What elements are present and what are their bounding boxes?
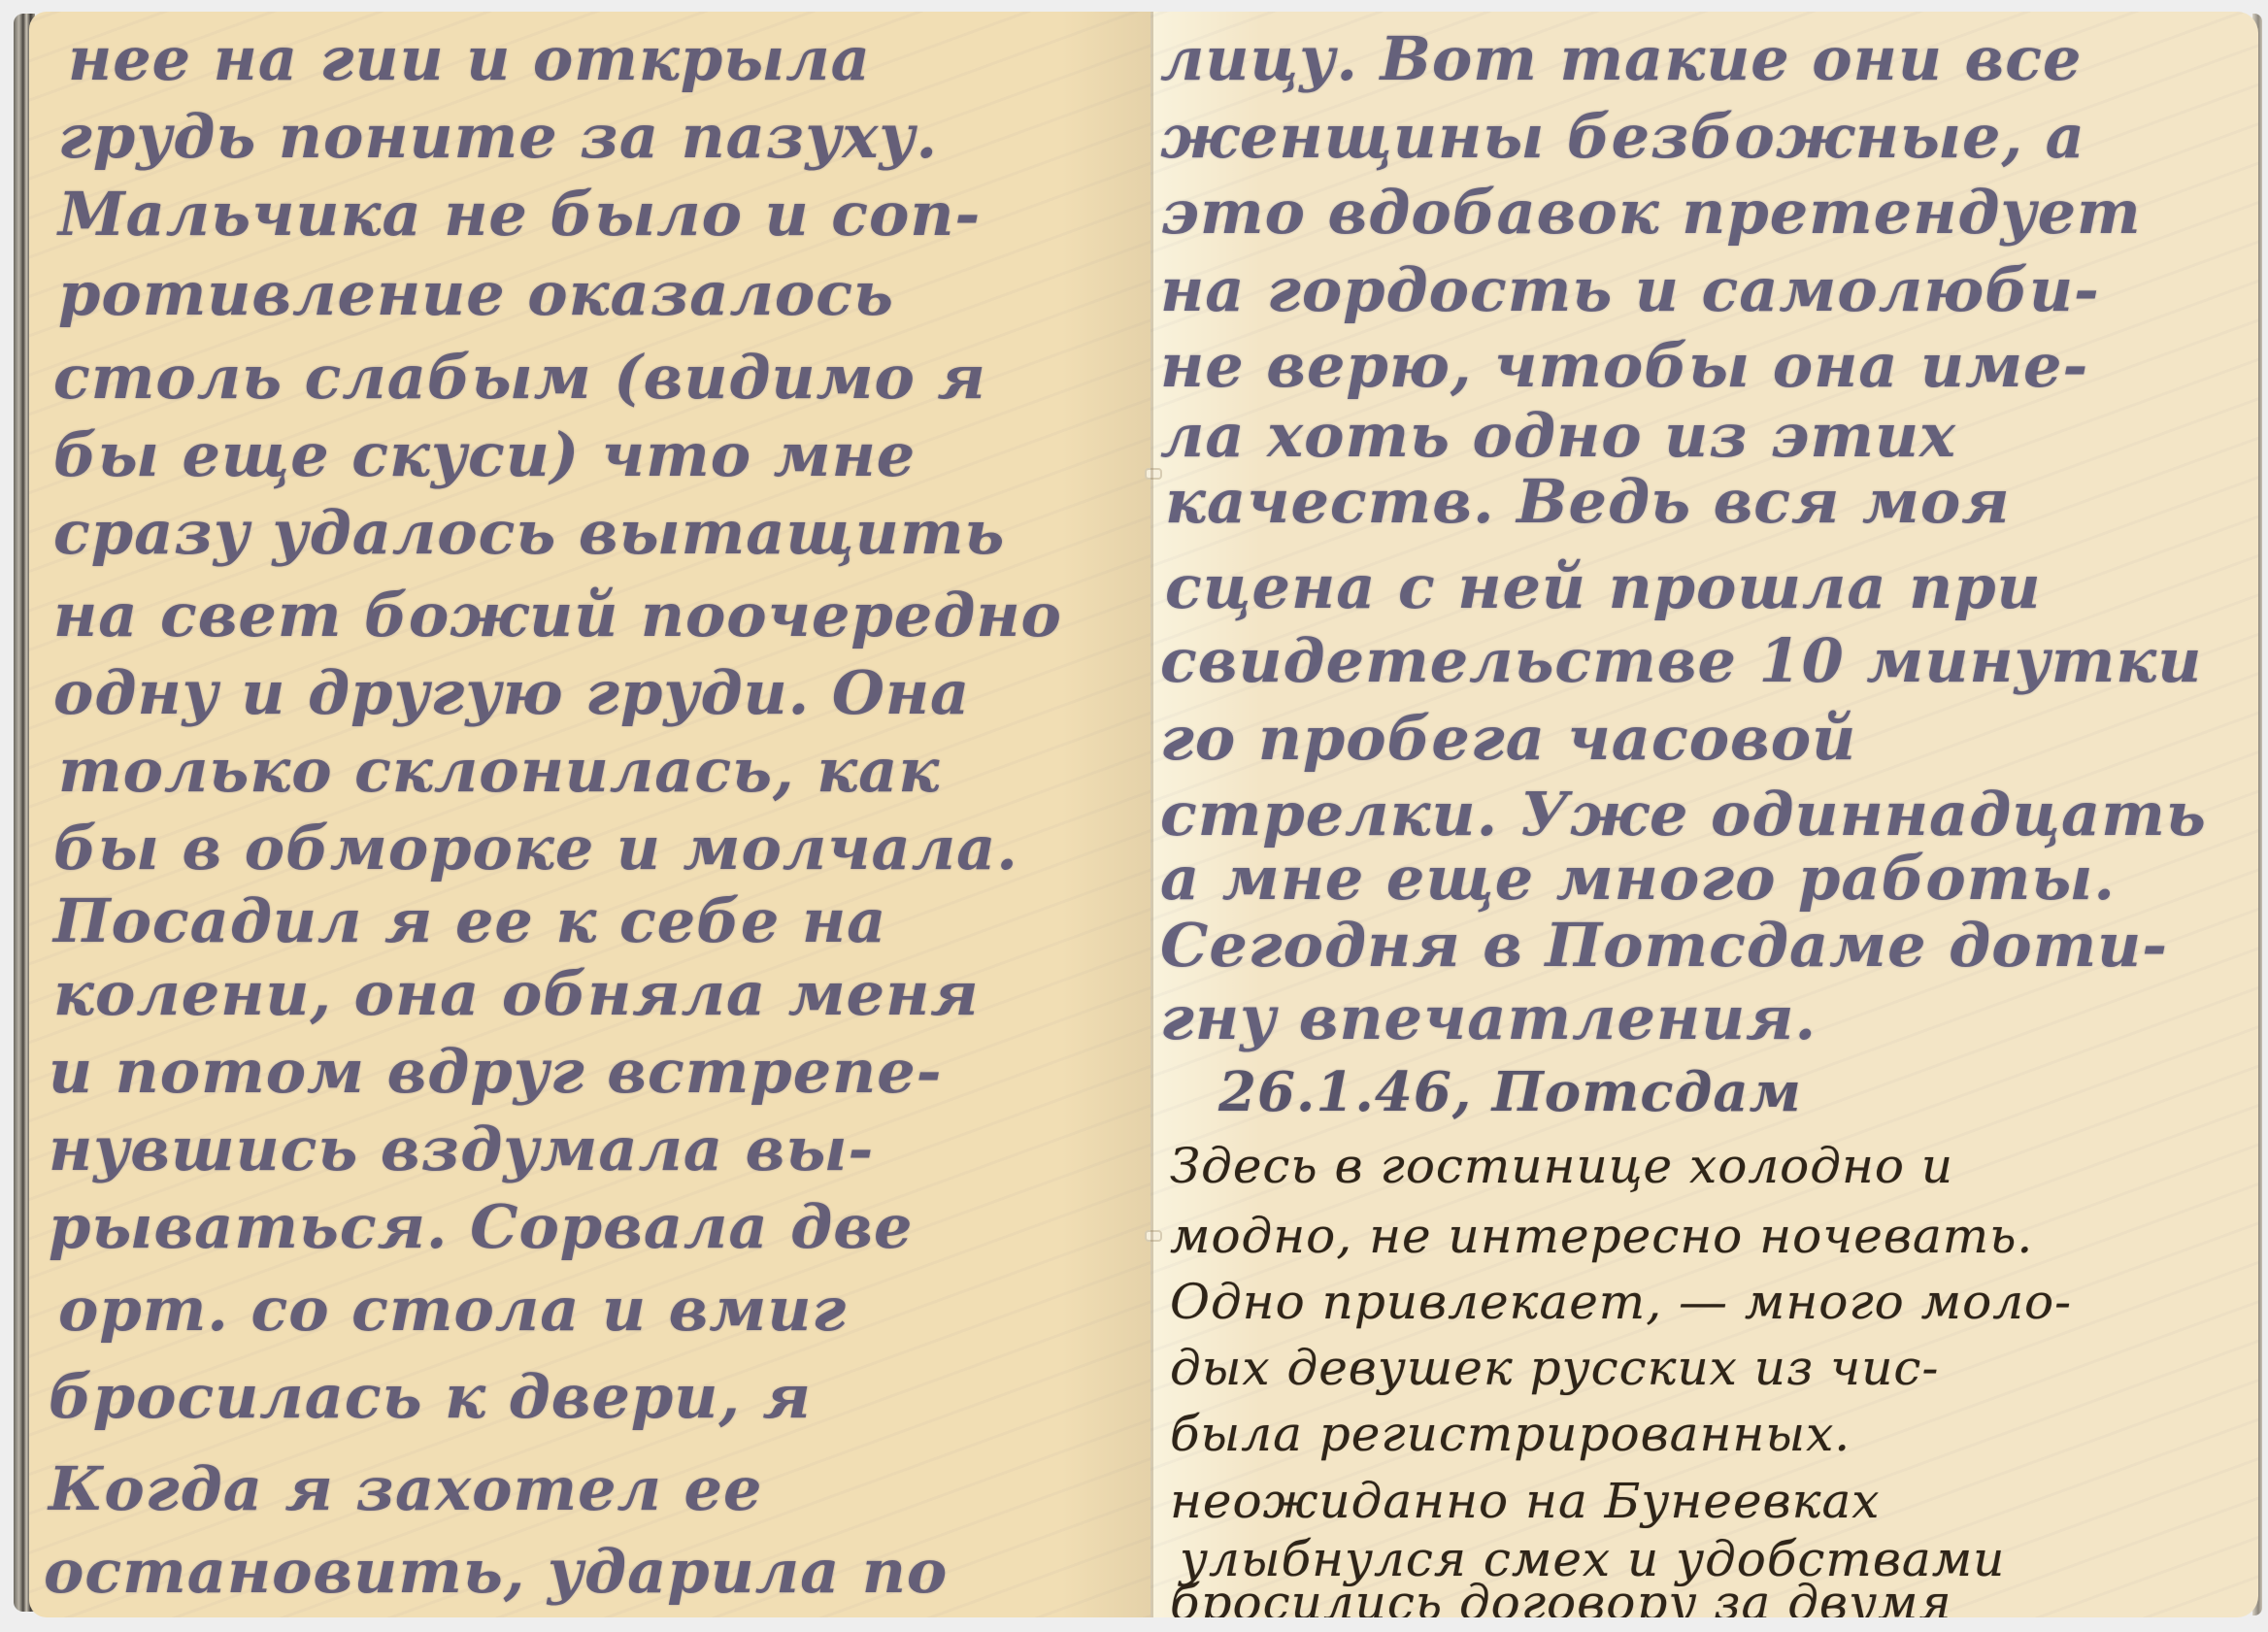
handwritten-line: колени, она обняла меня xyxy=(53,958,980,1029)
binding-stitch xyxy=(1145,468,1162,480)
binding-stitch xyxy=(1145,1230,1162,1242)
binding-gutter xyxy=(1151,12,1153,1617)
left-page: нее на гии и открыла грудь поните за паз… xyxy=(29,12,1151,1617)
handwritten-line: одну и другую груди. Она xyxy=(53,657,970,728)
handwritten-line: не верю, чтобы она име- xyxy=(1160,330,2088,401)
handwritten-line: нее на гии и открыла xyxy=(68,23,871,94)
right-page: лицу. Вот такие они все женщины безбожны… xyxy=(1151,12,2258,1617)
ink-line: бросились договору за двумя xyxy=(1170,1575,1952,1617)
scanned-notebook-spread: нее на гии и открыла грудь поните за паз… xyxy=(0,0,2268,1632)
handwritten-line: ротивление оказалось xyxy=(58,258,894,329)
handwritten-line: это вдобавок претендует xyxy=(1160,177,2142,248)
handwritten-line: рываться. Сорвала две xyxy=(49,1191,913,1262)
handwritten-line: женщины безбожные, а xyxy=(1160,101,2085,172)
handwritten-line: остановить, ударила по xyxy=(44,1536,948,1607)
handwritten-line: свидетельстве 10 минутки xyxy=(1160,625,2202,696)
ink-line: Здесь в гостинице холодно и xyxy=(1170,1138,1953,1194)
handwritten-line: бросилась к двери, я xyxy=(49,1361,812,1432)
handwritten-line: грудь поните за пазуху. xyxy=(58,101,938,172)
handwritten-line: на свет божий поочередно xyxy=(53,580,1062,650)
handwritten-line: Сегодня в Потсдаме доти- xyxy=(1160,910,2168,981)
handwritten-line: стрелки. Уже одиннадцать xyxy=(1160,779,2207,849)
handwritten-line: сразу удалось вытащить xyxy=(53,497,1005,568)
handwritten-line: и потом вдруг встрепе- xyxy=(49,1036,942,1107)
handwritten-line: нувшись вздумала вы- xyxy=(49,1114,874,1184)
ink-line: неожиданно на Бунеевках xyxy=(1170,1473,1881,1529)
handwritten-line: лицу. Вот такие они все xyxy=(1160,23,2082,94)
ink-line: была регистрированных. xyxy=(1170,1406,1851,1462)
handwritten-line: го пробега часовой xyxy=(1160,703,1856,774)
ink-line: модно, не интересно ночевать. xyxy=(1170,1208,2033,1264)
handwritten-line: качеств. Ведь вся моя xyxy=(1165,466,2011,537)
ink-line: дых девушек русских из чис- xyxy=(1170,1340,1939,1396)
right-page-text: лицу. Вот такие они все женщины безбожны… xyxy=(1151,12,2258,1617)
handwritten-line: орт. со стола и вмиг xyxy=(58,1274,847,1345)
handwritten-line: на гордость и самолюби- xyxy=(1160,254,2100,325)
entry-date-heading: 26.1.46, Потсдам xyxy=(1218,1060,1802,1124)
handwritten-line: только склонилась, как xyxy=(58,735,940,806)
handwritten-line: сцена с ней прошла при xyxy=(1165,551,2042,622)
notebook-spread: нее на гии и открыла грудь поните за паз… xyxy=(29,12,2258,1617)
handwritten-line: Когда я захотел ее xyxy=(49,1453,762,1524)
handwritten-line: а мне еще много работы. xyxy=(1160,843,2116,914)
handwritten-line: Мальчика не было и соп- xyxy=(58,179,981,250)
handwritten-line: столь слабым (видимо я xyxy=(53,342,986,413)
handwritten-line: бы еще скуси) что мне xyxy=(53,419,916,490)
handwritten-line: гну впечатления. xyxy=(1160,983,1817,1053)
left-page-text: нее на гии и открыла грудь поните за паз… xyxy=(29,12,1151,1617)
handwritten-line: ла хоть одно из этих xyxy=(1160,400,1956,471)
handwritten-line: Посадил я ее к себе на xyxy=(53,885,886,956)
handwritten-line: бы в обмороке и молчала. xyxy=(53,813,1018,883)
ink-line: Одно привлекает, — много моло- xyxy=(1170,1274,2072,1330)
